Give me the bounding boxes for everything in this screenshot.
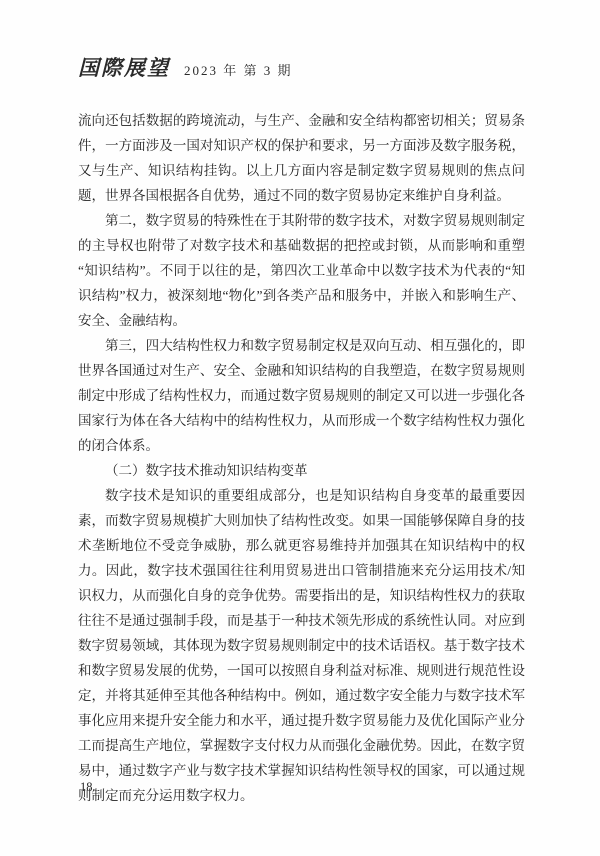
paragraph-second-point: 第二，数字贸易的特殊性在于其附带的数字技术，对数字贸易规则制定的主导权也附带了对… — [78, 208, 525, 333]
page-body: 流向还包括数据的跨境流动，与生产、金融和安全结构都密切相关；贸易条件，一方面涉及… — [78, 108, 525, 808]
journal-logo: 国際展望 — [78, 52, 170, 82]
issue-label: 2023 年 第 3 期 — [184, 60, 293, 79]
paragraph-continuation: 流向还包括数据的跨境流动，与生产、金融和安全结构都密切相关；贸易条件，一方面涉及… — [78, 108, 525, 208]
section-heading: （二）数字技术推动知识结构变革 — [78, 458, 525, 483]
paragraph-knowledge-structure: 数字技术是知识的重要组成部分，也是知识结构自身变革的最重要因素，而数字贸易规模扩… — [78, 483, 525, 808]
page-number: 18 — [80, 780, 93, 795]
paragraph-third-point: 第三，四大结构性权力和数字贸易制定权是双向互动、相互强化的，即世界各国通过对生产… — [78, 333, 525, 458]
page-header: 国際展望 2023 年 第 3 期 — [78, 52, 293, 82]
document-page: 国際展望 2023 年 第 3 期 流向还包括数据的跨境流动，与生产、金融和安全… — [0, 0, 600, 856]
